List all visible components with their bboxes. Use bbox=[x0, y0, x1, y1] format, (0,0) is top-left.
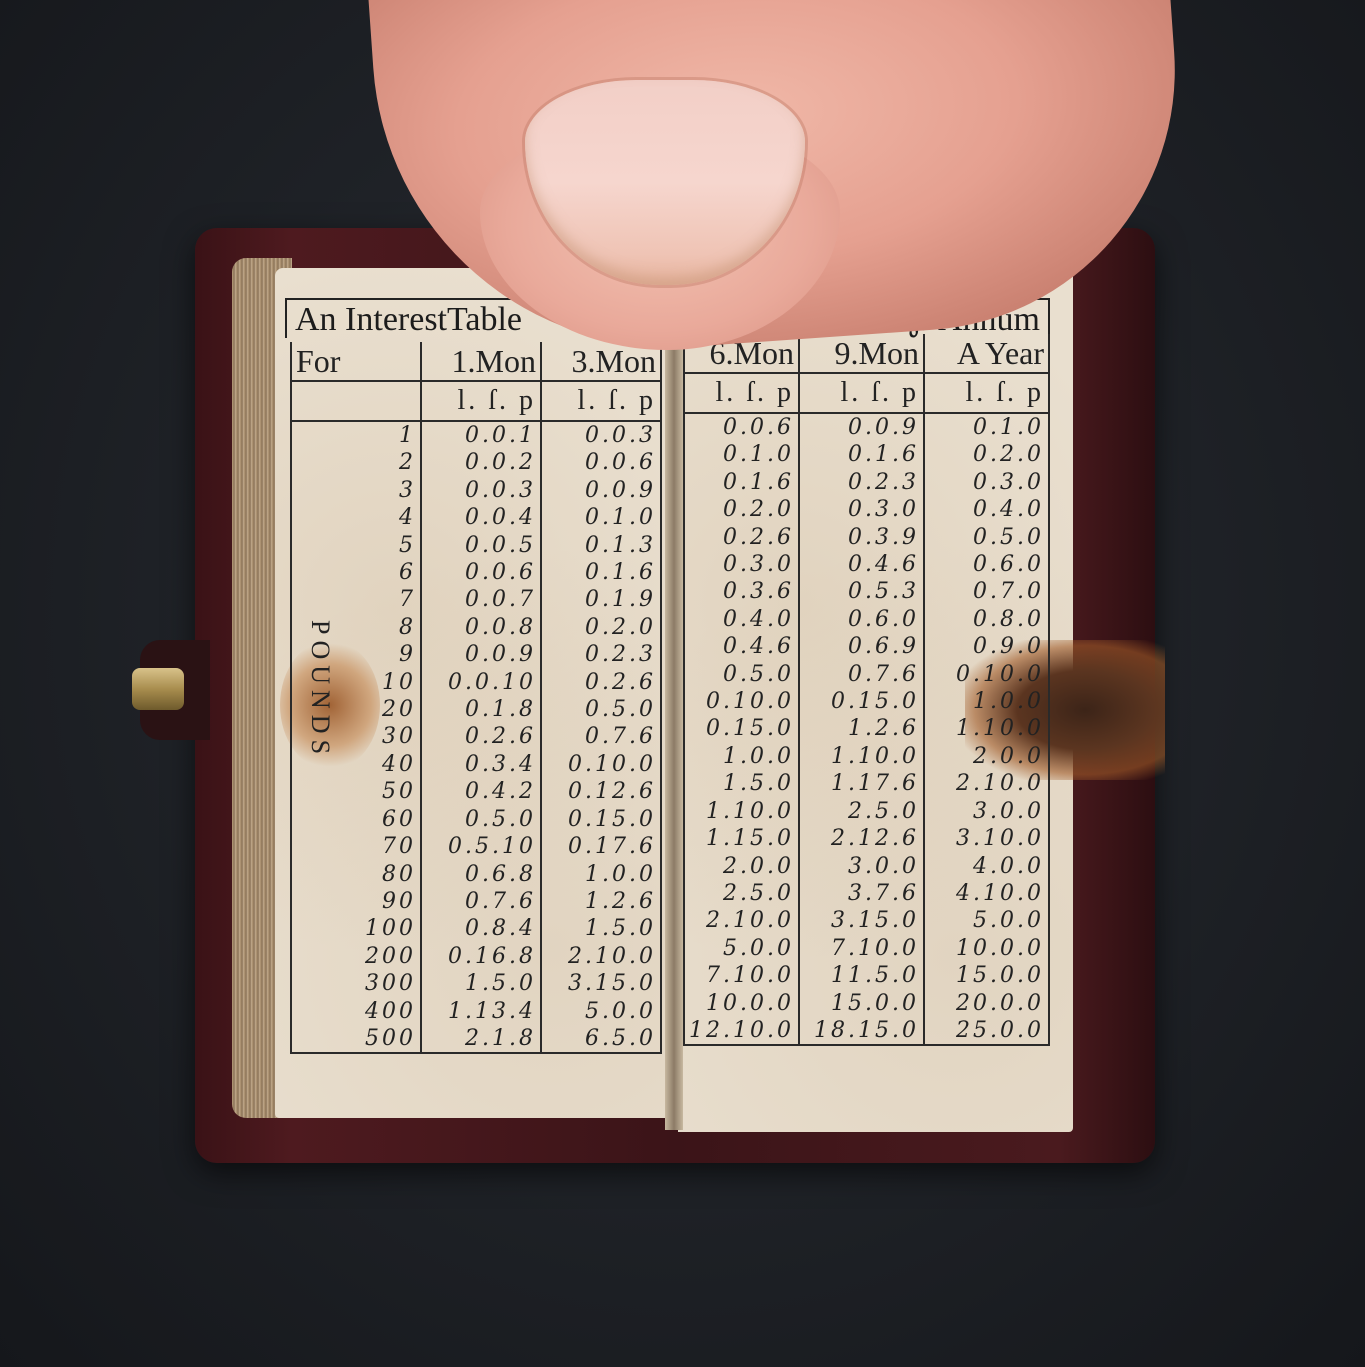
table-row: 300.2.60.7.6 bbox=[291, 723, 661, 750]
cell-m9: 3.0.0 bbox=[799, 853, 924, 880]
cell-m3: 0.1.6 bbox=[541, 559, 661, 586]
cell-m1: 0.2.6 bbox=[421, 723, 541, 750]
cell-year: 3.0.0 bbox=[924, 798, 1049, 825]
cell-principal: 6 bbox=[291, 559, 421, 586]
cell-year: 0.5.0 bbox=[924, 524, 1049, 551]
cell-principal: 80 bbox=[291, 861, 421, 888]
header-1mon: 1.Mon bbox=[421, 342, 541, 381]
cell-principal: 30 bbox=[291, 723, 421, 750]
cell-m1: 0.0.4 bbox=[421, 504, 541, 531]
cell-year: 0.3.0 bbox=[924, 469, 1049, 496]
header-9mon: 9.Mon bbox=[799, 334, 924, 373]
table-row: 40.0.40.1.0 bbox=[291, 504, 661, 531]
header-year: A Year bbox=[924, 334, 1049, 373]
cell-year: 10.0.0 bbox=[924, 935, 1049, 962]
cell-m6: 7.10.0 bbox=[684, 962, 799, 989]
cell-year: 3.10.0 bbox=[924, 825, 1049, 852]
table-row: 2.5.03.7.64.10.0 bbox=[684, 880, 1049, 907]
book-gutter bbox=[665, 260, 683, 1130]
cell-year: 2.10.0 bbox=[924, 770, 1049, 797]
cell-year: 15.0.0 bbox=[924, 962, 1049, 989]
table-row: 0.2.60.3.90.5.0 bbox=[684, 524, 1049, 551]
cell-m3: 0.2.6 bbox=[541, 669, 661, 696]
cell-m3: 0.5.0 bbox=[541, 696, 661, 723]
table-row: 50.0.50.1.3 bbox=[291, 532, 661, 559]
cell-m1: 1.13.4 bbox=[421, 998, 541, 1025]
cell-year: 0.9.0 bbox=[924, 633, 1049, 660]
cell-principal: 50 bbox=[291, 778, 421, 805]
cell-principal: 9 bbox=[291, 641, 421, 668]
table-row: 1.5.01.17.62.10.0 bbox=[684, 770, 1049, 797]
unit-1mon: l. ſ. p bbox=[421, 381, 541, 421]
cell-principal: 1 bbox=[291, 421, 421, 449]
cell-m1: 0.0.8 bbox=[421, 614, 541, 641]
table-row: 1.10.02.5.03.0.0 bbox=[684, 798, 1049, 825]
cell-m6: 0.2.6 bbox=[684, 524, 799, 551]
cell-m6: 0.3.6 bbox=[684, 578, 799, 605]
cell-principal: 70 bbox=[291, 833, 421, 860]
table-row: 60.0.60.1.6 bbox=[291, 559, 661, 586]
cell-m3: 0.1.9 bbox=[541, 586, 661, 613]
unit-year: l. ſ. p bbox=[924, 373, 1049, 413]
cell-m3: 0.0.3 bbox=[541, 421, 661, 449]
cell-m3: 0.2.0 bbox=[541, 614, 661, 641]
cell-m6: 2.10.0 bbox=[684, 907, 799, 934]
cell-year: 2.0.0 bbox=[924, 743, 1049, 770]
table-row: 1000.8.41.5.0 bbox=[291, 915, 661, 942]
cell-m3: 0.12.6 bbox=[541, 778, 661, 805]
cell-year: 0.7.0 bbox=[924, 578, 1049, 605]
cell-year: 1.10.0 bbox=[924, 715, 1049, 742]
cell-m1: 0.7.6 bbox=[421, 888, 541, 915]
table-row: 400.3.40.10.0 bbox=[291, 751, 661, 778]
table-row: 200.1.80.5.0 bbox=[291, 696, 661, 723]
cell-principal: 2 bbox=[291, 449, 421, 476]
table-row: 70.0.70.1.9 bbox=[291, 586, 661, 613]
cell-m9: 15.0.0 bbox=[799, 990, 924, 1017]
table-row: 0.3.60.5.30.7.0 bbox=[684, 578, 1049, 605]
table-row: 10.0.10.0.3 bbox=[291, 421, 661, 449]
cell-m9: 0.3.0 bbox=[799, 496, 924, 523]
cell-m9: 3.15.0 bbox=[799, 907, 924, 934]
cell-m9: 2.5.0 bbox=[799, 798, 924, 825]
cell-year: 0.6.0 bbox=[924, 551, 1049, 578]
unit-6mon: l. ſ. p bbox=[684, 373, 799, 413]
cell-m6: 0.3.0 bbox=[684, 551, 799, 578]
cell-m9: 18.15.0 bbox=[799, 1017, 924, 1045]
table-row: 10.0.015.0.020.0.0 bbox=[684, 990, 1049, 1017]
cell-m1: 0.5.10 bbox=[421, 833, 541, 860]
cell-m6: 5.0.0 bbox=[684, 935, 799, 962]
cell-m9: 0.15.0 bbox=[799, 688, 924, 715]
cell-m1: 0.0.10 bbox=[421, 669, 541, 696]
cell-principal: 60 bbox=[291, 806, 421, 833]
table-row: 100.0.100.2.6 bbox=[291, 669, 661, 696]
cell-m1: 0.0.2 bbox=[421, 449, 541, 476]
cell-m3: 0.10.0 bbox=[541, 751, 661, 778]
cell-principal: 20 bbox=[291, 696, 421, 723]
table-row: 0.3.00.4.60.6.0 bbox=[684, 551, 1049, 578]
cell-year: 0.4.0 bbox=[924, 496, 1049, 523]
cell-m6: 1.10.0 bbox=[684, 798, 799, 825]
cell-m9: 7.10.0 bbox=[799, 935, 924, 962]
brass-clasp bbox=[132, 668, 184, 710]
cell-m3: 0.15.0 bbox=[541, 806, 661, 833]
table-row: 4001.13.45.0.0 bbox=[291, 998, 661, 1025]
table-row: 2.10.03.15.05.0.0 bbox=[684, 907, 1049, 934]
cell-m6: 1.5.0 bbox=[684, 770, 799, 797]
cell-m1: 0.4.2 bbox=[421, 778, 541, 805]
right-interest-table: 6.Mon 9.Mon A Year l. ſ. p l. ſ. p l. ſ.… bbox=[683, 334, 1050, 1046]
cell-m9: 2.12.6 bbox=[799, 825, 924, 852]
cell-m9: 0.6.0 bbox=[799, 606, 924, 633]
cell-m9: 0.4.6 bbox=[799, 551, 924, 578]
cell-m9: 1.10.0 bbox=[799, 743, 924, 770]
cell-year: 4.0.0 bbox=[924, 853, 1049, 880]
table-row: 0.4.60.6.90.9.0 bbox=[684, 633, 1049, 660]
table-row: 80.0.80.2.0 bbox=[291, 614, 661, 641]
cell-m6: 0.1.6 bbox=[684, 469, 799, 496]
table-row: 0.10.00.15.01.0.0 bbox=[684, 688, 1049, 715]
cell-principal: 90 bbox=[291, 888, 421, 915]
cell-m9: 3.7.6 bbox=[799, 880, 924, 907]
cell-m3: 1.0.0 bbox=[541, 861, 661, 888]
cell-principal: 7 bbox=[291, 586, 421, 613]
cell-m3: 1.2.6 bbox=[541, 888, 661, 915]
table-row: 20.0.20.0.6 bbox=[291, 449, 661, 476]
cell-m3: 0.1.0 bbox=[541, 504, 661, 531]
cell-m1: 0.5.0 bbox=[421, 806, 541, 833]
cell-principal: 3 bbox=[291, 477, 421, 504]
cell-principal: 5 bbox=[291, 532, 421, 559]
cell-m6: 2.0.0 bbox=[684, 853, 799, 880]
table-row: 5.0.07.10.010.0.0 bbox=[684, 935, 1049, 962]
table-row: 600.5.00.15.0 bbox=[291, 806, 661, 833]
cell-year: 25.0.0 bbox=[924, 1017, 1049, 1045]
table-row: 800.6.81.0.0 bbox=[291, 861, 661, 888]
table-row: 3001.5.03.15.0 bbox=[291, 970, 661, 997]
cell-m3: 1.5.0 bbox=[541, 915, 661, 942]
cell-m9: 11.5.0 bbox=[799, 962, 924, 989]
cell-m6: 0.10.0 bbox=[684, 688, 799, 715]
cell-m1: 0.0.9 bbox=[421, 641, 541, 668]
cell-m3: 0.7.6 bbox=[541, 723, 661, 750]
cell-principal: 40 bbox=[291, 751, 421, 778]
cell-m6: 0.0.6 bbox=[684, 413, 799, 441]
table-row: 900.7.61.2.6 bbox=[291, 888, 661, 915]
unit-3mon: l. ſ. p bbox=[541, 381, 661, 421]
cell-year: 1.0.0 bbox=[924, 688, 1049, 715]
cell-m1: 0.6.8 bbox=[421, 861, 541, 888]
cell-m6: 2.5.0 bbox=[684, 880, 799, 907]
cell-year: 0.8.0 bbox=[924, 606, 1049, 633]
cell-m3: 0.2.3 bbox=[541, 641, 661, 668]
cell-m6: 0.2.0 bbox=[684, 496, 799, 523]
cell-m9: 1.2.6 bbox=[799, 715, 924, 742]
table-row: 0.4.00.6.00.8.0 bbox=[684, 606, 1049, 633]
cell-m6: 10.0.0 bbox=[684, 990, 799, 1017]
table-row: 0.1.00.1.60.2.0 bbox=[684, 441, 1049, 468]
table-row: 0.1.60.2.30.3.0 bbox=[684, 469, 1049, 496]
title-left: An InterestTable bbox=[295, 300, 522, 338]
table-row: 0.15.01.2.61.10.0 bbox=[684, 715, 1049, 742]
cell-m6: 0.4.0 bbox=[684, 606, 799, 633]
cell-year: 0.2.0 bbox=[924, 441, 1049, 468]
cell-m6: 1.15.0 bbox=[684, 825, 799, 852]
cell-m3: 0.0.9 bbox=[541, 477, 661, 504]
cell-year: 5.0.0 bbox=[924, 907, 1049, 934]
cell-m9: 0.3.9 bbox=[799, 524, 924, 551]
cell-m6: 0.5.0 bbox=[684, 661, 799, 688]
cell-m1: 0.8.4 bbox=[421, 915, 541, 942]
cell-year: 0.1.0 bbox=[924, 413, 1049, 441]
table-row: 500.4.20.12.6 bbox=[291, 778, 661, 805]
cell-m1: 0.0.7 bbox=[421, 586, 541, 613]
cell-year: 4.10.0 bbox=[924, 880, 1049, 907]
cell-year: 0.10.0 bbox=[924, 661, 1049, 688]
cell-principal: 500 bbox=[291, 1025, 421, 1053]
cell-m9: 0.7.6 bbox=[799, 661, 924, 688]
table-row: 30.0.30.0.9 bbox=[291, 477, 661, 504]
table-row: 90.0.90.2.3 bbox=[291, 641, 661, 668]
cell-principal: 10 bbox=[291, 669, 421, 696]
cell-m3: 5.0.0 bbox=[541, 998, 661, 1025]
cell-m6: 0.1.0 bbox=[684, 441, 799, 468]
table-row: 0.2.00.3.00.4.0 bbox=[684, 496, 1049, 523]
cell-m6: 0.15.0 bbox=[684, 715, 799, 742]
cell-m3: 2.10.0 bbox=[541, 943, 661, 970]
cell-m1: 0.3.4 bbox=[421, 751, 541, 778]
cell-principal: 200 bbox=[291, 943, 421, 970]
cell-principal: 4 bbox=[291, 504, 421, 531]
unit-9mon: l. ſ. p bbox=[799, 373, 924, 413]
cell-m1: 0.16.8 bbox=[421, 943, 541, 970]
table-row: 1.0.01.10.02.0.0 bbox=[684, 743, 1049, 770]
cell-m1: 1.5.0 bbox=[421, 970, 541, 997]
cell-m9: 0.0.9 bbox=[799, 413, 924, 441]
cell-principal: 100 bbox=[291, 915, 421, 942]
table-row: 2.0.03.0.04.0.0 bbox=[684, 853, 1049, 880]
cell-m1: 0.1.8 bbox=[421, 696, 541, 723]
cell-year: 20.0.0 bbox=[924, 990, 1049, 1017]
cell-principal: 300 bbox=[291, 970, 421, 997]
cell-m1: 0.0.6 bbox=[421, 559, 541, 586]
cell-m9: 1.17.6 bbox=[799, 770, 924, 797]
table-row: 5002.1.86.5.0 bbox=[291, 1025, 661, 1053]
table-row: 0.0.60.0.90.1.0 bbox=[684, 413, 1049, 441]
cell-m3: 3.15.0 bbox=[541, 970, 661, 997]
cell-m6: 1.0.0 bbox=[684, 743, 799, 770]
table-row: 7.10.011.5.015.0.0 bbox=[684, 962, 1049, 989]
table-row: 2000.16.82.10.0 bbox=[291, 943, 661, 970]
table-row: 700.5.100.17.6 bbox=[291, 833, 661, 860]
cell-m3: 0.1.3 bbox=[541, 532, 661, 559]
cell-m9: 0.2.3 bbox=[799, 469, 924, 496]
cell-m1: 2.1.8 bbox=[421, 1025, 541, 1053]
cell-m6: 0.4.6 bbox=[684, 633, 799, 660]
cell-m3: 0.0.6 bbox=[541, 449, 661, 476]
cell-m9: 0.1.6 bbox=[799, 441, 924, 468]
header-for: For bbox=[291, 342, 421, 381]
cell-m6: 12.10.0 bbox=[684, 1017, 799, 1045]
cell-principal: 8 bbox=[291, 614, 421, 641]
cell-m3: 6.5.0 bbox=[541, 1025, 661, 1053]
cell-principal: 400 bbox=[291, 998, 421, 1025]
table-row: 1.15.02.12.63.10.0 bbox=[684, 825, 1049, 852]
cell-m9: 0.5.3 bbox=[799, 578, 924, 605]
cell-m3: 0.17.6 bbox=[541, 833, 661, 860]
cell-m1: 0.0.1 bbox=[421, 421, 541, 449]
left-interest-table: For 1.Mon 3.Mon l. ſ. p l. ſ. p 10.0.10.… bbox=[290, 342, 662, 1054]
cell-m9: 0.6.9 bbox=[799, 633, 924, 660]
cell-m1: 0.0.5 bbox=[421, 532, 541, 559]
cell-m1: 0.0.3 bbox=[421, 477, 541, 504]
table-row: 0.5.00.7.60.10.0 bbox=[684, 661, 1049, 688]
table-row: 12.10.018.15.025.0.0 bbox=[684, 1017, 1049, 1045]
